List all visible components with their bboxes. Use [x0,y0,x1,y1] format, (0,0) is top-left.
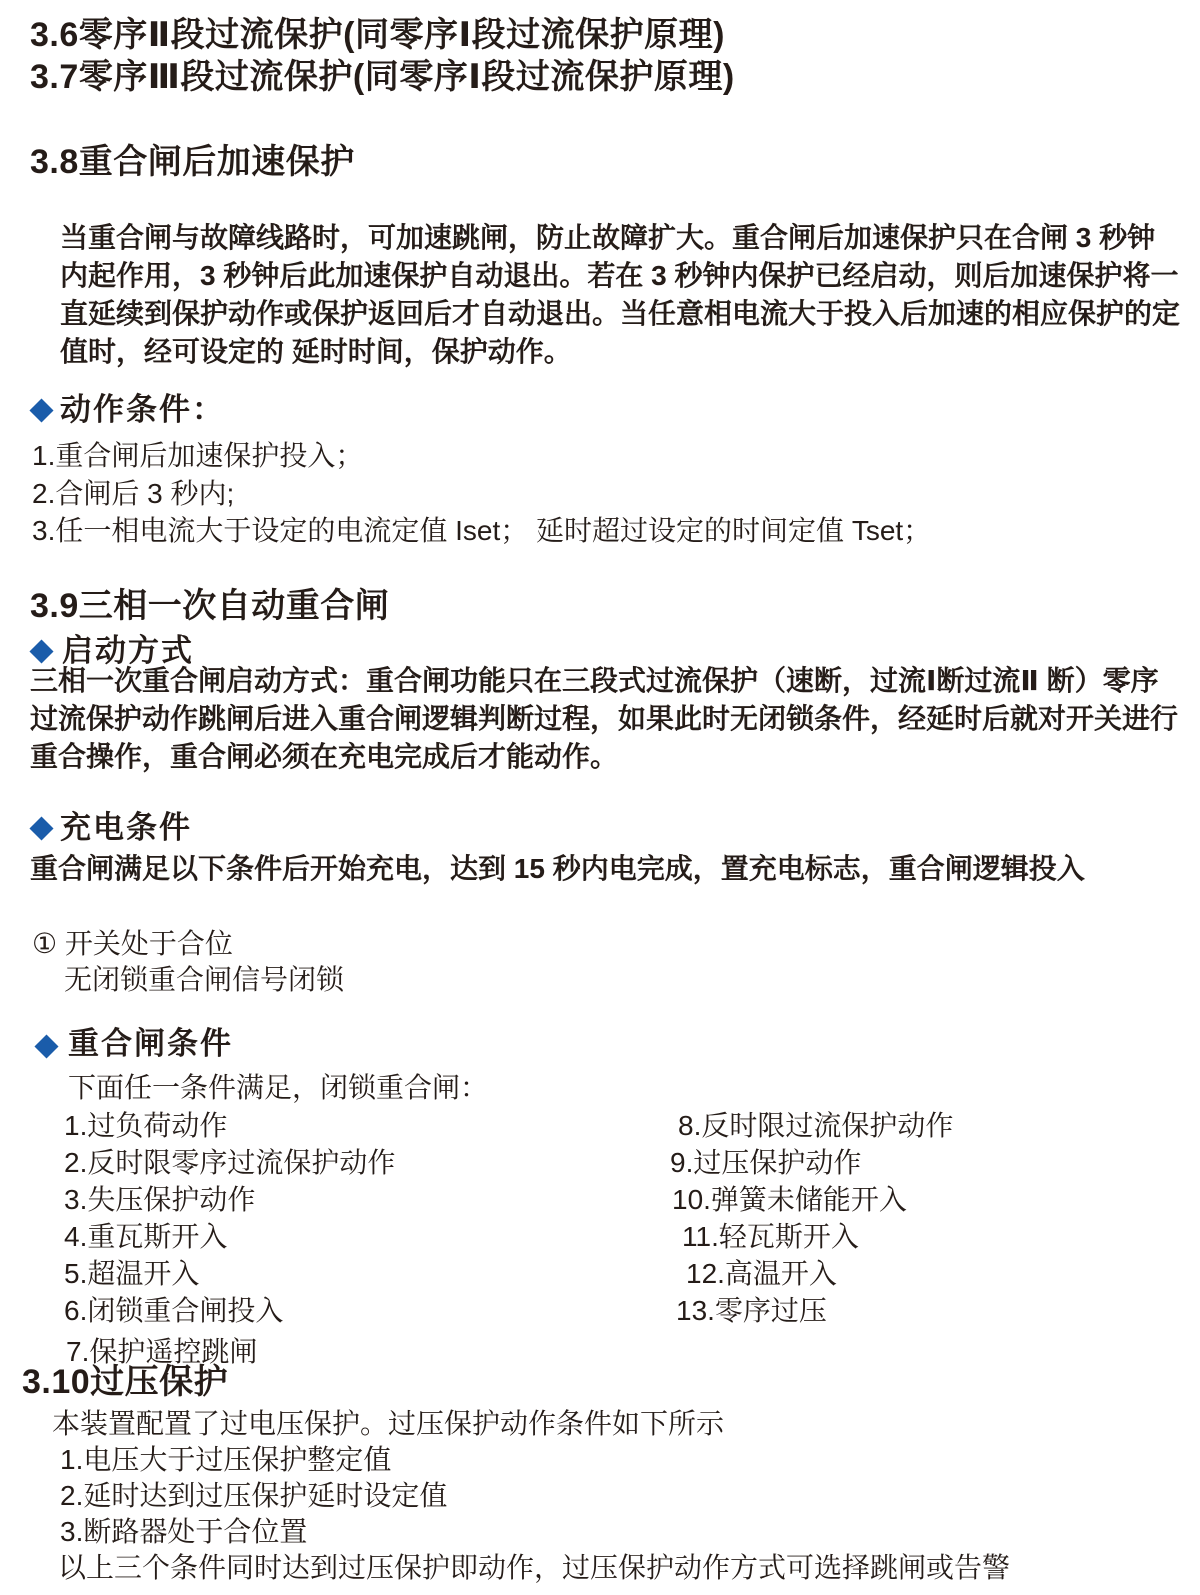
heading-3-8: 3.8重合闸后加速保护 [30,143,355,182]
document-page: 3.6零序Ⅱ段过流保护(同零序Ⅰ段过流保护原理) 3.7零序Ⅲ段过流保护(同零序… [0,0,1200,1595]
heading-3-7: 3.7零序Ⅲ段过流保护(同零序Ⅰ段过流保护原理) [30,58,735,97]
paragraph-line: 重合操作，重合闸必须在充电完成后才能动作。 [30,741,618,773]
list-item: 4.重瓦斯开入 [64,1221,227,1253]
paragraph-line: 过流保护动作跳闸后进入重合闸逻辑判断过程，如果此时无闭锁条件，经延时后就对开关进… [30,703,1178,735]
list-item: 5.超温开入 [64,1258,199,1290]
diamond-bullet-icon [34,1034,58,1058]
list-item: 3.断路器处于合位置 [60,1516,307,1548]
paragraph-line: 当重合闸与故障线路时，可加速跳闸，防止故障扩大。重合闸后加速保护只在合闸 3 秒… [60,222,1155,254]
list-item: 12.高温开入 [686,1258,837,1290]
list-item: 2.合闸后 3 秒内; [32,478,234,510]
heading-3-10: 3.10过压保护 [22,1363,228,1402]
diamond-bullet-icon [29,816,53,840]
paragraph-line: 内起作用，3 秒钟后此加速保护自动退出。若在 3 秒钟内保护已经启动，则后加速保… [60,260,1179,292]
charge-condition-item-2: 无闭锁重合闸信号闭锁 [64,964,344,996]
diamond-bullet-icon [29,639,53,663]
list-item: 13.零序过压 [676,1295,827,1327]
heading-3-9: 3.9三相一次自动重合闸 [30,587,389,626]
charge-conditions-paragraph: 重合闸满足以下条件后开始充电，达到 15 秒内电完成，置充电标志，重合闸逻辑投入 [30,853,1085,885]
start-mode-header: 启动方式 [62,633,194,669]
list-item: 1.过负荷动作 [64,1110,227,1142]
action-conditions-header: 动作条件： [60,392,225,428]
heading-3-6: 3.6零序Ⅱ段过流保护(同零序Ⅰ段过流保护原理) [30,16,725,55]
list-item: 2.延时达到过压保护延时设定值 [60,1480,447,1512]
paragraph-line: 三相一次重合闸启动方式：重合闸功能只在三段式过流保护（速断，过流Ⅰ断过流Ⅱ 断）… [30,665,1159,697]
charge-conditions-header: 充电条件 [60,810,192,846]
charge-condition-item-1: ① 开关处于合位 [32,928,233,960]
list-item: 8.反时限过流保护动作 [678,1110,953,1142]
overvoltage-intro: 本装置配置了过电压保护。过压保护动作条件如下所示 [52,1408,724,1440]
list-item: 6.闭锁重合闸投入 [64,1295,283,1327]
diamond-bullet-icon [29,398,53,422]
list-item: 3.失压保护动作 [64,1184,255,1216]
list-item: 3.任一相电流大于设定的电流定值 Iset； 延时超过设定的时间定值 Tset； [32,515,931,547]
list-item: 1.重合闸后加速保护投入； [32,440,363,472]
overvoltage-closing: 以上三个条件同时达到过压保护即动作，过压保护动作方式可选择跳闸或告警 [58,1552,1010,1584]
paragraph-line: 直延续到保护动作或保护返回后才自动退出。当任意相电流大于投入后加速的相应保护的定 [60,298,1180,330]
reclose-conditions-intro: 下面任一条件满足，闭锁重合闸： [68,1072,488,1104]
list-item: 9.过压保护动作 [670,1147,861,1179]
list-item: 11.轻瓦斯开入 [682,1221,859,1253]
reclose-conditions-header: 重合闸条件 [68,1026,233,1062]
list-item: 1.电压大于过压保护整定值 [60,1444,391,1476]
list-item: 2.反时限零序过流保护动作 [64,1147,395,1179]
paragraph-line: 值时，经可设定的 延时时间，保护动作。 [60,336,572,368]
list-item: 10.弹簧未储能开入 [672,1184,907,1216]
